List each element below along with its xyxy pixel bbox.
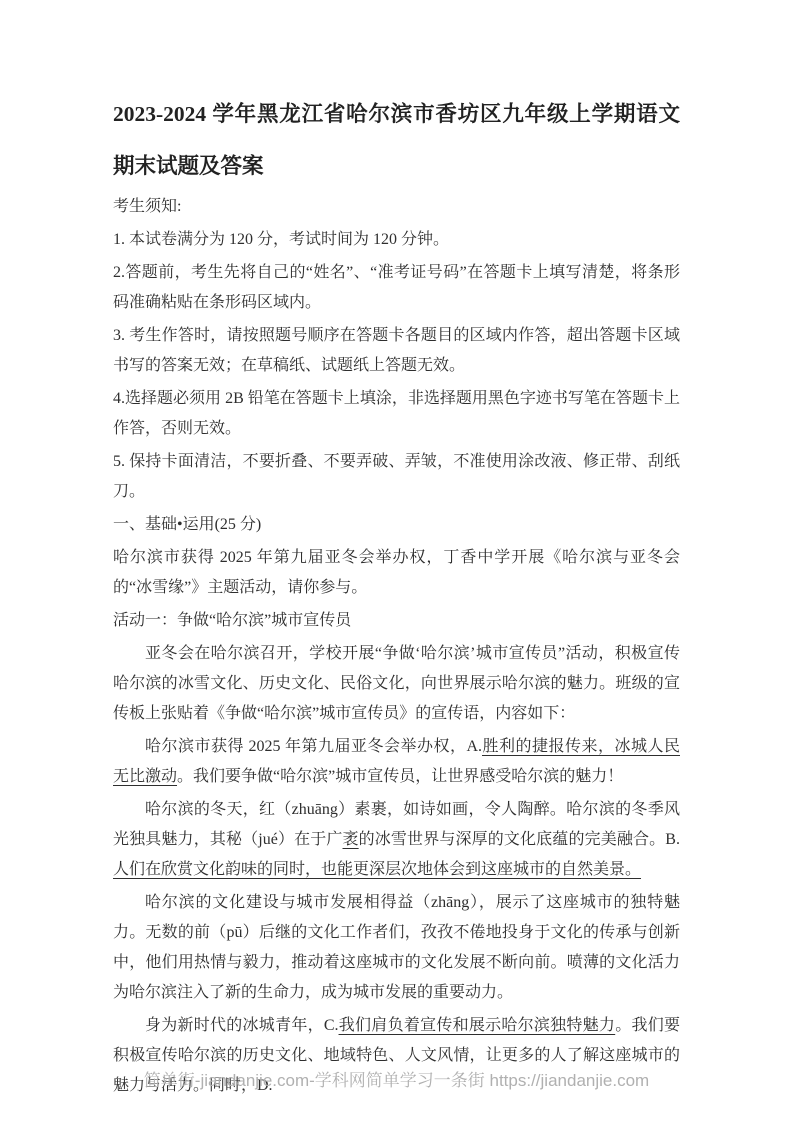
body-paragraph: 哈尔滨的冬天，红（zhuāng）素裹，如诗如画，令人陶醉。哈尔滨的冬季风光独具魅… bbox=[113, 795, 680, 885]
activity-heading: 活动一：争做“哈尔滨”城市宣传员 bbox=[113, 606, 680, 636]
section-intro: 哈尔滨市获得 2025 年第九届亚冬会举办权，丁香中学开展《哈尔滨与亚冬会的“冰… bbox=[113, 543, 680, 603]
document-content: 2023-2024 学年黑龙江省哈尔滨市香坊区九年级上学期语文期末试题及答案 考… bbox=[113, 0, 680, 1104]
text-segment: 哈尔滨市获得 2025 年第九届亚冬会举办权，A. bbox=[145, 738, 482, 755]
notice-item: 1. 本试卷满分为 120 分，考试时间为 120 分钟。 bbox=[113, 225, 680, 255]
exam-document-page: 2023-2024 学年黑龙江省哈尔滨市香坊区九年级上学期语文期末试题及答案 考… bbox=[0, 0, 793, 1122]
underlined-text: 我们肩负着宣传和展示哈尔滨独特魅力 bbox=[339, 1017, 616, 1034]
body-paragraph: 亚冬会在哈尔滨召开，学校开展“争做‘哈尔滨’城市宣传员”活动，积极宣传哈尔滨的冰… bbox=[113, 639, 680, 729]
notice-item: 4.选择题必须用 2B 铅笔在答题卡上填涂，非选择题用黑色字迹书写笔在答题卡上作… bbox=[113, 384, 680, 444]
notice-section: 考生须知: 1. 本试卷满分为 120 分，考试时间为 120 分钟。2.答题前… bbox=[113, 192, 680, 507]
notice-heading: 考生须知: bbox=[113, 192, 680, 222]
body-paragraph: 哈尔滨市获得 2025 年第九届亚冬会举办权，A.胜利的捷报传来，冰城人民无比激… bbox=[113, 732, 680, 792]
underlined-text: 袤 bbox=[343, 831, 359, 848]
underlined-text: 人们在欣赏文化韵味的同时，也能更深层次地体会到这座城市的自然美景。 bbox=[113, 861, 641, 878]
body-paragraph: 哈尔滨的文化建设与城市发展相得益（zhāng），展示了这座城市的独特魅力。无数的… bbox=[113, 888, 680, 1008]
notice-item: 3. 考生作答时，请按照题号顺序在答题卡各题目的区域内作答，超出答题卡区域书写的… bbox=[113, 321, 680, 381]
text-segment: 。我们要争做“哈尔滨”城市宣传员，让世界感受哈尔滨的魅力！ bbox=[177, 768, 623, 785]
text-segment: 身为新时代的冰城青年，C. bbox=[145, 1017, 339, 1034]
notice-item: 2.答题前，考生先将自己的“姓名”、“准考证号码”在答题卡上填写清楚，将条形码准… bbox=[113, 258, 680, 318]
text-segment: 的冰雪世界与深厚的文化底蕴的完美融合。B. bbox=[359, 831, 680, 848]
footer-watermark: 简单街-jiandanjie.com-学科网简单学习一条街 https://ji… bbox=[0, 1066, 793, 1096]
text-segment: 亚冬会在哈尔滨召开，学校开展“争做‘哈尔滨’城市宣传员”活动，积极宣传哈尔滨的冰… bbox=[113, 645, 680, 722]
section-heading: 一、基础•运用(25 分) bbox=[113, 510, 680, 540]
notice-items: 1. 本试卷满分为 120 分，考试时间为 120 分钟。2.答题前，考生先将自… bbox=[113, 225, 680, 507]
page-title: 2023-2024 学年黑龙江省哈尔滨市香坊区九年级上学期语文期末试题及答案 bbox=[113, 0, 680, 192]
text-segment: 哈尔滨的文化建设与城市发展相得益（zhāng），展示了这座城市的独特魅力。无数的… bbox=[113, 894, 680, 1001]
notice-item: 5. 保持卡面清洁，不要折叠、不要弄破、弄皱，不准使用涂改液、修正带、刮纸刀。 bbox=[113, 447, 680, 507]
activity-paragraphs: 亚冬会在哈尔滨召开，学校开展“争做‘哈尔滨’城市宣传员”活动，积极宣传哈尔滨的冰… bbox=[113, 639, 680, 1101]
